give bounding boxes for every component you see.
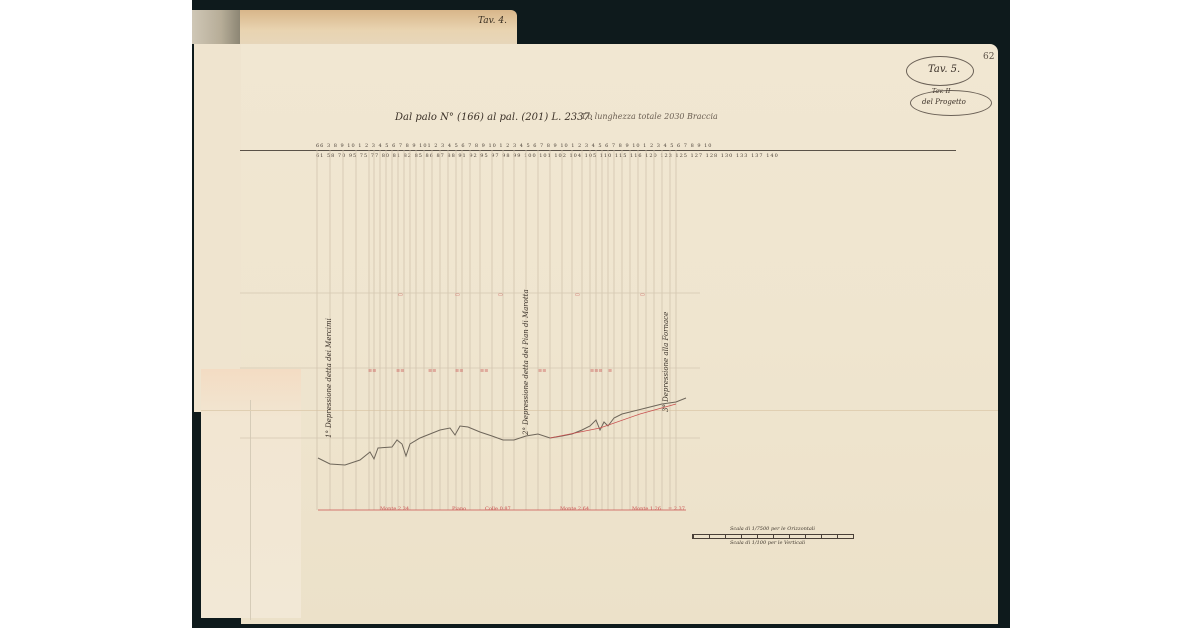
svg-text:≡≡: ≡≡	[455, 368, 463, 374]
svg-text:≡≡: ≡≡	[480, 368, 488, 374]
depression-label-1: 1° Depressione detta dei Mercimi	[325, 318, 333, 438]
svg-text:▭: ▭	[498, 292, 503, 298]
svg-text:≡: ≡	[608, 368, 612, 374]
svg-text:≡≡: ≡≡	[368, 368, 376, 374]
svg-text:▭: ▭	[398, 292, 403, 298]
scale-vertical-label: Scala di 1/100 per le Verticali	[730, 540, 805, 546]
svg-text:▭: ▭	[575, 292, 580, 298]
depression-label-2: 2° Depressione detta del Pian di Marotta	[522, 289, 530, 435]
svg-text:▭: ▭	[640, 292, 645, 298]
section-label: Piano	[452, 506, 466, 512]
profile-drawing: ≡≡≡≡≡≡ ≡≡≡≡≡≡ ≡≡≡≡ ▭▭▭ ▭▭	[0, 0, 1200, 628]
section-label: = 2.37	[668, 506, 685, 512]
scale-bar	[692, 534, 854, 539]
svg-text:≡≡: ≡≡	[396, 368, 404, 374]
scale-horizontal-label: Scala di 1/7500 per le Orizzontali	[730, 526, 815, 532]
depression-label-3: 3° Depressione alla Fornace	[662, 312, 670, 412]
section-label: Monte 1.26	[632, 506, 661, 512]
svg-text:▭: ▭	[455, 292, 460, 298]
svg-text:≡≡≡: ≡≡≡	[590, 368, 603, 374]
svg-text:≡≡: ≡≡	[538, 368, 546, 374]
section-label: Monte 2.34	[380, 506, 409, 512]
section-label: Monte 2.64	[560, 506, 589, 512]
svg-text:≡≡: ≡≡	[428, 368, 436, 374]
section-label: Colle 0.87	[485, 506, 511, 512]
